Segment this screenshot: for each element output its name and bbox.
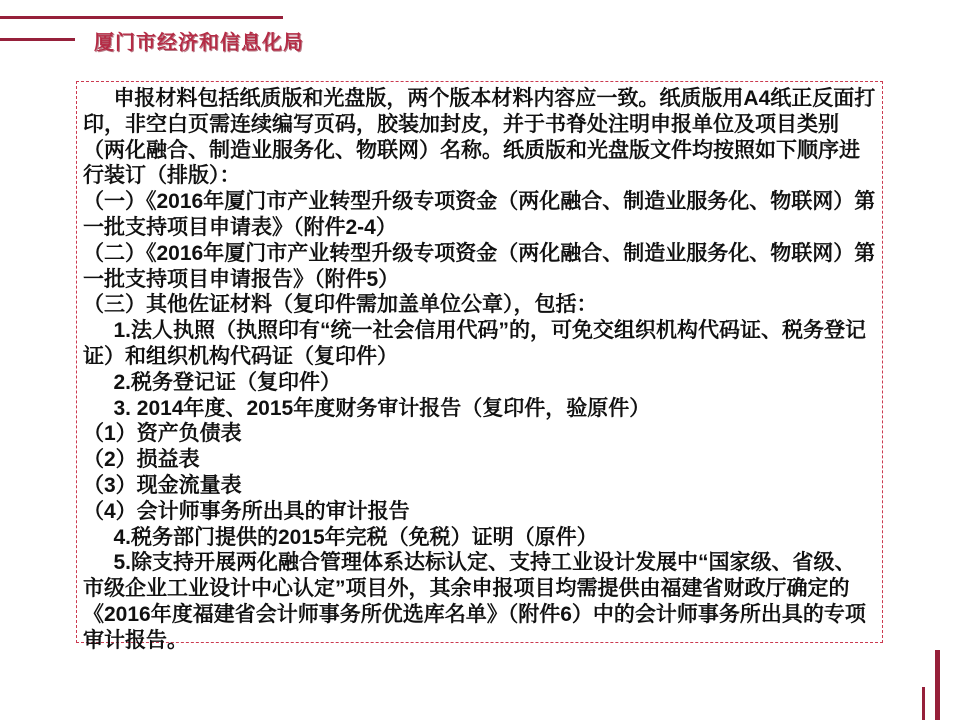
header-rule-top [0, 16, 283, 19]
paragraph: 2.税务登记证（复印件） [83, 370, 876, 396]
footer-bar-short [922, 687, 925, 720]
paragraph: （1）资产负债表 [83, 421, 876, 447]
header-rule-short [0, 38, 75, 41]
paragraph: 申报材料包括纸质版和光盘版，两个版本材料内容应一致。纸质版用A4纸正反面打印，非… [83, 86, 876, 189]
content-box: 申报材料包括纸质版和光盘版，两个版本材料内容应一致。纸质版用A4纸正反面打印，非… [76, 81, 883, 643]
paragraph: 1.法人执照（执照印有“统一社会信用代码”的，可免交组织机构代码证、税务登记证）… [83, 318, 876, 370]
paragraph: （二）《2016年厦门市产业转型升级专项资金（两化融合、制造业服务化、物联网）第… [83, 241, 876, 293]
slide-root: 厦门市经济和信息化局 申报材料包括纸质版和光盘版，两个版本材料内容应一致。纸质版… [0, 0, 960, 720]
footer-bar-tall [935, 650, 940, 720]
paragraph: 3. 2014年度、2015年度财务审计报告（复印件，验原件） [83, 396, 876, 422]
paragraph: （4）会计师事务所出具的审计报告 [83, 499, 876, 525]
paragraph: （三）其他佐证材料（复印件需加盖单位公章），包括： [83, 292, 876, 318]
paragraph: （3）现金流量表 [83, 473, 876, 499]
paragraph: 4.税务部门提供的2015年完税（免税）证明（原件） [83, 525, 876, 551]
paragraph: 5.除支持开展两化融合管理体系达标认定、支持工业设计发展中“国家级、省级、市级企… [83, 550, 876, 653]
paragraph: （2）损益表 [83, 447, 876, 473]
paragraph: （一）《2016年厦门市产业转型升级专项资金（两化融合、制造业服务化、物联网）第… [83, 189, 876, 241]
org-title: 厦门市经济和信息化局 [94, 26, 304, 55]
